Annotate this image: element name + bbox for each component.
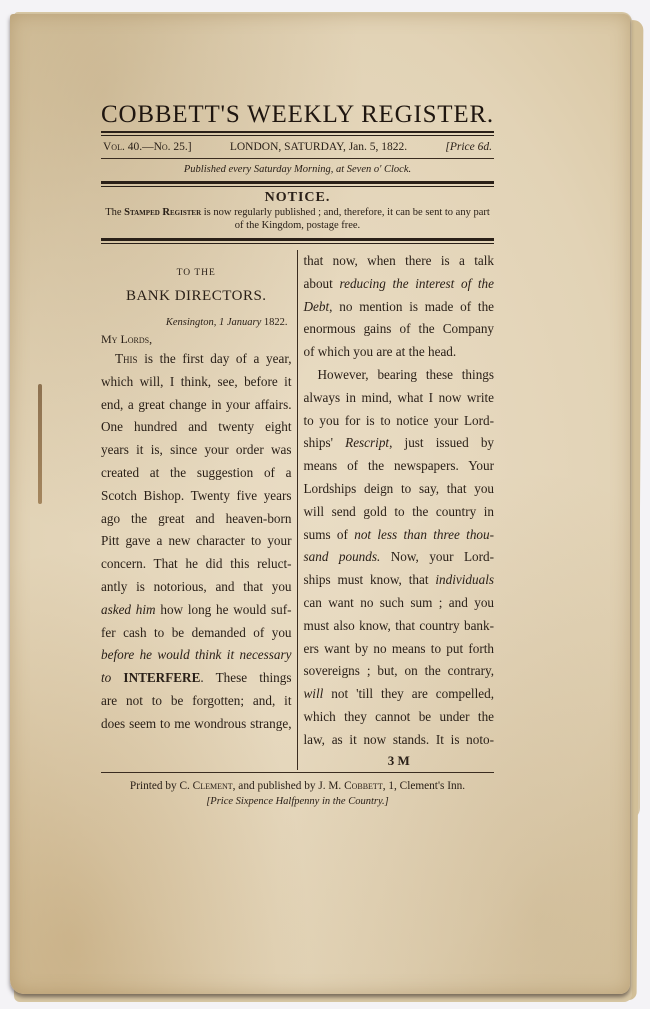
text-line: to you for is to notice your Lord-	[304, 410, 495, 433]
text-run: ers want by no means to put forth	[304, 641, 495, 656]
text-run: must also know, that country bank-	[304, 618, 495, 633]
text-line: can want no such sum ; and you	[304, 592, 495, 615]
text-line: sand pounds. Now, your Lord-	[304, 546, 495, 569]
dateline-rule	[101, 158, 494, 159]
text-run: which they cannot be under the	[304, 709, 495, 724]
right-column: that now, when there is a talkabout redu…	[298, 250, 495, 770]
dateline: Vol. 40.—No. 25.] LONDON, SATURDAY, Jan.…	[101, 139, 494, 156]
to-the-label: TO THE	[101, 266, 292, 280]
page-content: COBBETT'S WEEKLY REGISTER. Vol. 40.—No. …	[101, 100, 494, 809]
text-run: . These things	[200, 670, 291, 685]
notice-title: NOTICE.	[101, 190, 494, 206]
text-run: , no mention is made of the	[329, 299, 494, 314]
printed-by: Printed by	[130, 780, 180, 792]
text-run: will send gold to the country in	[304, 504, 495, 519]
text-line: years it is, since your order was	[101, 439, 292, 462]
addressee-heading: BANK DIRECTORS.	[101, 286, 292, 306]
text-line: concern. That he did this reluct-	[101, 553, 292, 576]
volume-number: Vol. 40.—No. 25.]	[103, 141, 192, 153]
text-line: fer cash to be demanded of you	[101, 622, 292, 645]
text-run: will	[304, 686, 324, 701]
text-run: Lordships deign to say, that you	[304, 481, 495, 496]
notice-emphasis: Stamped Register	[124, 207, 201, 218]
text-run: , just issued by	[389, 435, 494, 450]
text-run: INTERFERE	[111, 670, 200, 685]
text-run: law, as it now stands. It is noto-	[304, 732, 495, 747]
text-run: Rescript	[345, 435, 389, 450]
text-run: asked him	[101, 602, 156, 617]
text-run: This	[115, 351, 138, 366]
price: [Price 6d.	[445, 141, 492, 153]
text-line: end, a great change in your affairs.	[101, 394, 292, 417]
text-run: always in mind, what I now write	[304, 390, 495, 405]
signature-mark: 3 M	[304, 752, 495, 770]
text-run: not 'till they are compelled,	[323, 686, 494, 701]
text-run: Pitt gave a new character to your	[101, 533, 292, 548]
text-line: that now, when there is a talk	[304, 250, 495, 273]
text-run: Scotch Bishop. Twenty five years	[101, 488, 292, 503]
text-line: to INTERFERE. These things	[101, 667, 292, 690]
text-run: However, bearing these things	[318, 367, 495, 382]
text-run: sand pounds.	[304, 549, 381, 564]
country-price: [Price Sixpence Halfpenny in the Country…	[101, 794, 494, 809]
text-run: Now, your Lord-	[380, 549, 494, 564]
text-run: about	[304, 276, 340, 291]
text-run: created at the suggestion of a	[101, 465, 292, 480]
text-line: Debt, no mention is made of the	[304, 296, 495, 319]
text-run: end, a great change in your affairs.	[101, 397, 292, 412]
text-line: law, as it now stands. It is noto-	[304, 729, 495, 752]
text-line: Lordships deign to say, that you	[304, 478, 495, 501]
text-line: enormous gains of the Company	[304, 318, 495, 341]
text-line: created at the suggestion of a	[101, 462, 292, 485]
text-line: does seem to me wondrous strange,	[101, 713, 292, 736]
text-run: which will, I think, see, before it	[101, 374, 292, 389]
text-run: is the first day of a year,	[138, 351, 292, 366]
publication-rule	[101, 181, 494, 187]
printer-name: C. Clement	[180, 780, 233, 792]
text-run: can want no such sum ; and you	[304, 595, 495, 610]
text-line: will not 'till they are compelled,	[304, 683, 495, 706]
right-column-text: that now, when there is a talkabout redu…	[304, 250, 495, 752]
text-run: that now, when there is a talk	[304, 253, 495, 268]
published-by: , and published by	[233, 780, 319, 792]
spine-crease	[38, 384, 42, 504]
text-run: One hundred and twenty eight	[101, 419, 292, 434]
text-run: reducing the interest of the	[339, 276, 494, 291]
text-line: Pitt gave a new character to your	[101, 530, 292, 553]
text-line: Scotch Bishop. Twenty five years	[101, 485, 292, 508]
text-run: enormous gains of the Company	[304, 321, 495, 336]
text-run: means of the newspapers. Your	[304, 458, 495, 473]
text-run: how long he would suf-	[156, 602, 292, 617]
text-line: means of the newspapers. Your	[304, 455, 495, 478]
text-line: are not to be forgotten; and, it	[101, 690, 292, 713]
text-line: sovereigns ; but, on the contrary,	[304, 660, 495, 683]
text-run: Debt	[304, 299, 330, 314]
text-run: individuals	[435, 572, 494, 587]
text-line: However, bearing these things	[304, 364, 495, 387]
notice-rule	[101, 238, 494, 244]
text-line: One hundred and twenty eight	[101, 416, 292, 439]
text-run: are not to be forgotten; and, it	[101, 693, 292, 708]
notice-prefix: The	[105, 207, 124, 218]
masthead-title: COBBETT'S WEEKLY REGISTER.	[101, 100, 494, 130]
salutation: My Lords,	[101, 330, 292, 348]
text-run: ships'	[304, 435, 346, 450]
publication-note: Published every Saturday Morning, at Sev…	[101, 161, 494, 179]
text-run: of which you are at the head.	[304, 344, 457, 359]
place-year: 1822.	[264, 317, 288, 328]
text-run: antly is notorious, and that you	[101, 579, 292, 594]
text-line: ships must know, that individuals	[304, 569, 495, 592]
publisher-address: , 1, Clement's Inn.	[383, 780, 465, 792]
text-line: ers want by no means to put forth	[304, 638, 495, 661]
text-line: ships' Rescript, just issued by	[304, 432, 495, 455]
text-run: sovereigns ; but, on the contrary,	[304, 663, 495, 678]
publisher-name: J. M. Cobbett	[318, 780, 382, 792]
text-line: will send gold to the country in	[304, 501, 495, 524]
text-line: must also know, that country bank-	[304, 615, 495, 638]
imprint-footer: Printed by C. Clement, and published by …	[101, 772, 494, 809]
text-line: sums of not less than three thou-	[304, 524, 495, 547]
location-date: LONDON, SATURDAY, Jan. 5, 1822.	[230, 141, 407, 153]
place-date: Kensington, 1 January 1822.	[101, 316, 292, 330]
left-column: TO THE BANK DIRECTORS. Kensington, 1 Jan…	[101, 250, 297, 770]
text-line: before he would think it necessary	[101, 644, 292, 667]
text-line: asked him how long he would suf-	[101, 599, 292, 622]
text-run: to you for is to notice your Lord-	[304, 413, 495, 428]
text-run: concern. That he did this reluct-	[101, 556, 292, 571]
imprint-line: Printed by C. Clement, and published by …	[101, 779, 494, 794]
left-column-text: This is the first day of a year,which wi…	[101, 348, 292, 736]
text-run: ago the great and heaven-born	[101, 511, 292, 526]
text-run: before he would think it necessary	[101, 647, 292, 662]
text-line: which will, I think, see, before it	[101, 371, 292, 394]
text-line: of which you are at the head.	[304, 341, 495, 364]
notice-text: is now regularly published ; and, theref…	[201, 207, 490, 231]
text-line: This is the first day of a year,	[101, 348, 292, 371]
text-line: about reducing the interest of the	[304, 273, 495, 296]
text-run: not less than three thou-	[354, 527, 494, 542]
text-run: does seem to me wondrous strange,	[101, 716, 292, 731]
place-date-italic: Kensington, 1 January	[166, 317, 261, 328]
text-line: which they cannot be under the	[304, 706, 495, 729]
text-run: sums of	[304, 527, 355, 542]
text-run: years it is, since your order was	[101, 442, 292, 457]
text-line: antly is notorious, and that you	[101, 576, 292, 599]
article-columns: TO THE BANK DIRECTORS. Kensington, 1 Jan…	[101, 250, 494, 770]
text-run: to	[101, 670, 111, 685]
text-line: always in mind, what I now write	[304, 387, 495, 410]
text-run: ships must know, that	[304, 572, 436, 587]
text-run: fer cash to be demanded of you	[101, 625, 292, 640]
notice-body: The Stamped Register is now regularly pu…	[101, 206, 494, 236]
masthead-rule	[101, 131, 494, 136]
text-line: ago the great and heaven-born	[101, 508, 292, 531]
